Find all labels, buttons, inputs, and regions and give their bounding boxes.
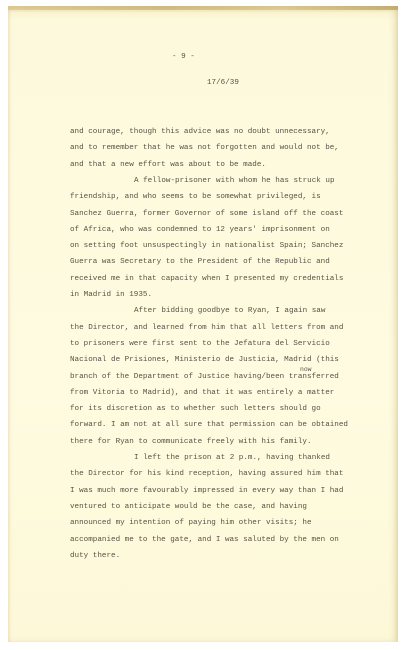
document-date: 17/6/39 — [207, 79, 239, 88]
text-line: Guerra was Secretary to the President of… — [70, 258, 330, 267]
text-line: on setting foot unsuspectingly in nation… — [70, 242, 343, 251]
text-line: Sanchez Guerra, former Governor of some … — [70, 210, 343, 219]
text-line: the Director for his kind reception, hav… — [70, 470, 343, 479]
text-line: to prisoners were first sent to the Jefa… — [70, 340, 330, 349]
text-line: forward. I am not at all sure that permi… — [70, 421, 348, 430]
text-line: friendship, and who seems to be somewhat… — [70, 193, 321, 202]
page-number: - 9 - — [172, 53, 195, 62]
handwritten-insertion: now — [300, 365, 312, 374]
page-top-edge — [8, 6, 398, 10]
text-line: and that a new effort was about to be ma… — [70, 161, 266, 170]
text-line: from Vitoria to Madrid), and that it was… — [70, 389, 334, 398]
text-line: I was much more favourably impressed in … — [70, 487, 343, 496]
text-line: I left the prison at 2 p.m., having than… — [134, 454, 330, 463]
text-line: branch of the Department of Justice havi… — [70, 373, 339, 382]
text-line: the Director, and learned from him that … — [70, 324, 343, 333]
text-line: ventured to anticipate would be the case… — [70, 503, 307, 512]
text-line: and courage, though this advice was no d… — [70, 128, 330, 137]
text-line: of Africa, who was condemned to 12 years… — [70, 226, 330, 235]
text-line: duty there. — [70, 552, 120, 561]
text-line: accompanied me to the gate, and I was sa… — [70, 536, 339, 545]
text-line: and to remember that he was not forgotte… — [70, 144, 339, 153]
text-line: there for Ryan to communicate freely wit… — [70, 438, 312, 447]
text-line: After bidding goodbye to Ryan, I again s… — [134, 307, 325, 316]
text-line: A fellow-prisoner with whom he has struc… — [134, 177, 335, 186]
text-line: Nacional de Prisiones, Ministerio de Jus… — [70, 356, 339, 365]
text-line: for its discretion as to whether such le… — [70, 405, 321, 414]
text-line: in Madrid in 1935. — [70, 291, 152, 300]
text-line: received me in that capacity when I pres… — [70, 275, 343, 284]
text-line: announced my intention of paying him oth… — [70, 519, 312, 528]
